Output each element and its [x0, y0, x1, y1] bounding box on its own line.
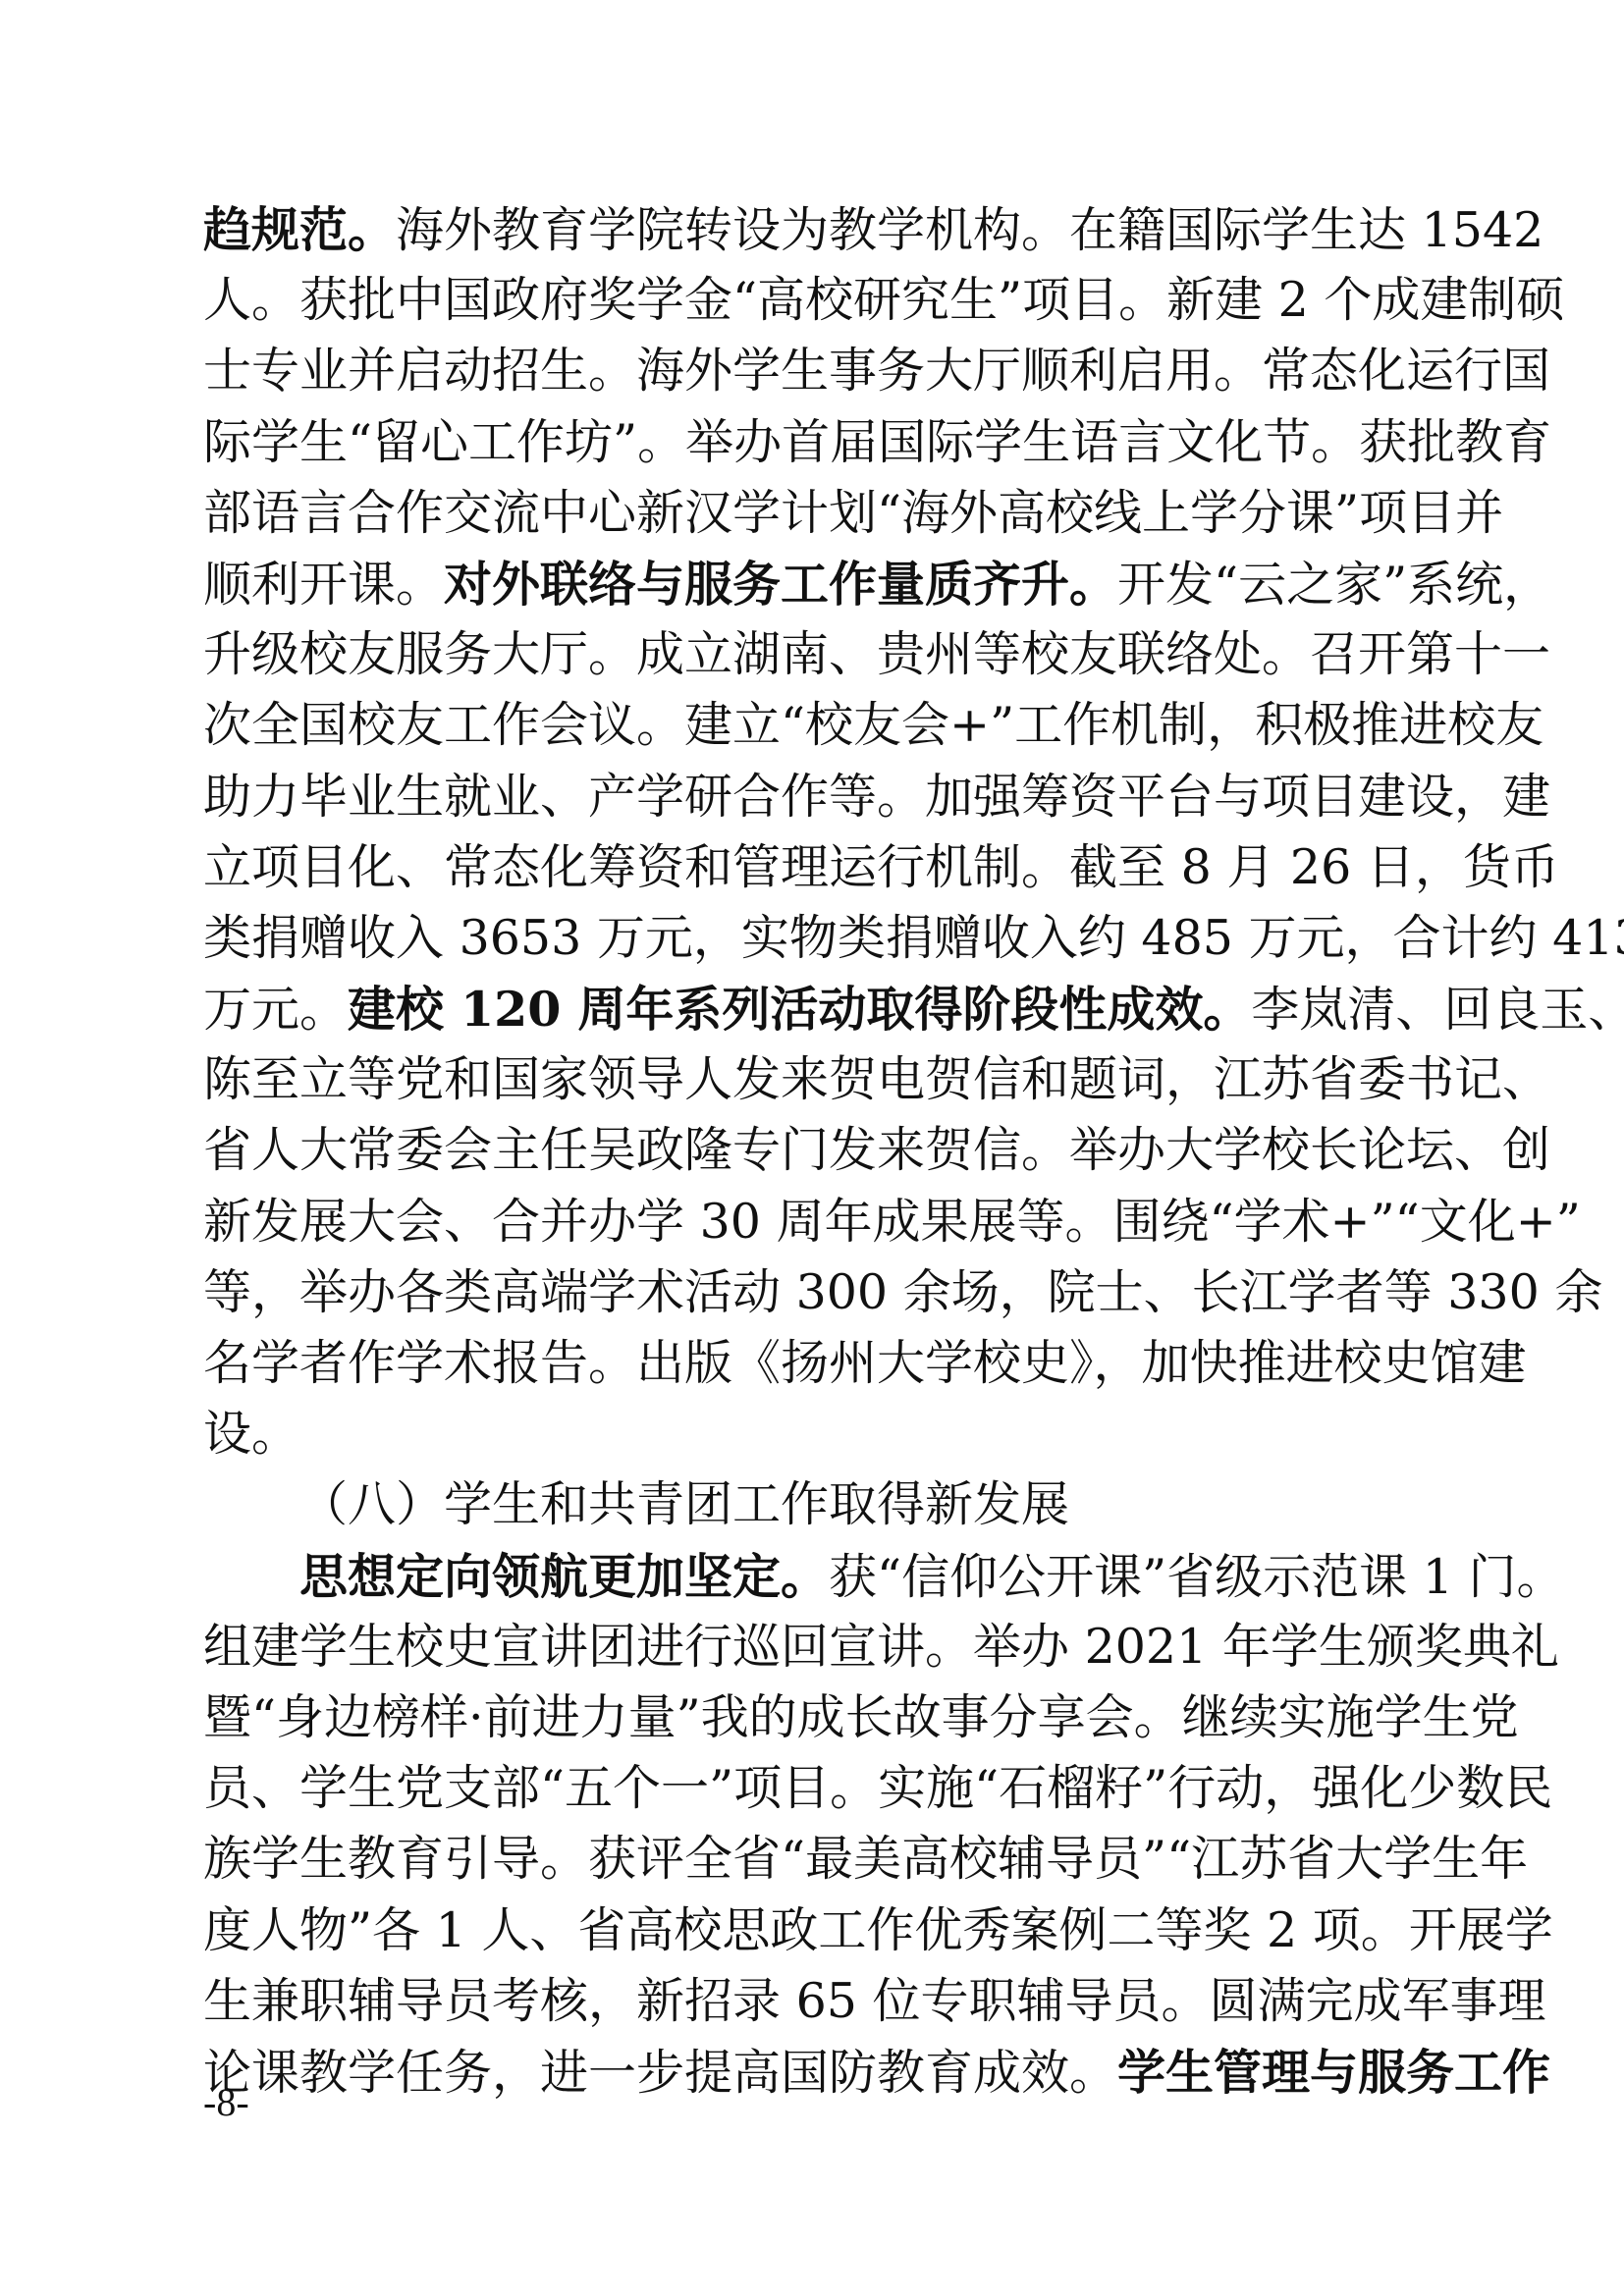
- paragraph-line: 暨“身边榜样·前进力量”我的成长故事分享会。继续实施学生党: [203, 1682, 1425, 1753]
- bold-subheading: 对外联络与服务工作量质齐升。: [444, 556, 1117, 613]
- paragraph-line: 论课教学任务，进一步提高国防教育成效。学生管理与服务工作: [203, 2037, 1425, 2108]
- paragraph-line: 省人大常委会主任吴政隆专门发来贺信。举办大学校长论坛、创: [203, 1115, 1425, 1186]
- bold-lead: 思想定向领航更加坚定。: [299, 1548, 829, 1605]
- paragraph-line: 组建学生校史宣讲团进行巡回宣讲。举办 2021 年学生颁奖典礼: [203, 1612, 1425, 1682]
- paragraph-line: 士专业并启动招生。海外学生事务大厅顺利启用。常态化运行国: [203, 336, 1425, 406]
- bold-subheading: 学生管理与服务工作: [1117, 2044, 1550, 2101]
- paragraph-line: 设。: [203, 1399, 1425, 1469]
- paragraph-line: 立项目化、常态化筹资和管理运行机制。截至 8 月 26 日，货币: [203, 832, 1425, 903]
- paragraph-line: 次全国校友工作会议。建立“校友会+”工作机制，积极推进校友: [203, 690, 1425, 761]
- paragraph-line: 升级校友服务大厅。成立湖南、贵州等校友联络处。召开第十一: [203, 619, 1425, 690]
- paragraph-line: 名学者作学术报告。出版《扬州大学校史》，加快推进校史馆建: [203, 1328, 1425, 1399]
- paragraph-line: 族学生教育引导。获评全省“最美高校辅导员”“江苏省大学生年: [203, 1824, 1425, 1895]
- paragraph-line: 员、学生党支部“五个一”项目。实施“石榴籽”行动，强化少数民: [203, 1753, 1425, 1824]
- paragraph-line: 趋规范。海外教育学院转设为教学机构。在籍国际学生达 1542: [203, 194, 1425, 265]
- document-page: 趋规范。海外教育学院转设为教学机构。在籍国际学生达 1542 人。获批中国政府奖…: [203, 194, 1425, 2108]
- paragraph-line: 际学生“留心工作坊”。举办首届国际学生语言文化节。获批教育: [203, 407, 1425, 478]
- paragraph-line: 陈至立等党和国家领导人发来贺电贺信和题词，江苏省委书记、: [203, 1044, 1425, 1115]
- page-number: -8-: [203, 2079, 249, 2125]
- paragraph-line: 类捐赠收入 3653 万元，实物类捐赠收入约 485 万元，合计约 4138: [203, 903, 1425, 974]
- paragraph-line: 人。获批中国政府奖学金“高校研究生”项目。新建 2 个成建制硕: [203, 265, 1425, 336]
- paragraph-line: 思想定向领航更加坚定。获“信仰公开课”省级示范课 1 门。: [203, 1541, 1425, 1612]
- paragraph-line: 部语言合作交流中心新汉学计划“海外高校线上学分课”项目并: [203, 478, 1425, 549]
- paragraph-line: 新发展大会、合并办学 30 周年成果展等。围绕“学术+”“文化+”: [203, 1187, 1425, 1257]
- paragraph-line: 生兼职辅导员考核，新招录 65 位专职辅导员。圆满完成军事理: [203, 1966, 1425, 2037]
- paragraph-line: 万元。建校 120 周年系列活动取得阶段性成效。李岚清、回良玉、: [203, 974, 1425, 1044]
- paragraph-line: 度人物”各 1 人、省高校思政工作优秀案例二等奖 2 项。开展学: [203, 1896, 1425, 1966]
- section-heading: （八）学生和共青团工作取得新发展: [203, 1469, 1425, 1540]
- bold-lead: 趋规范。: [203, 201, 396, 258]
- paragraph-line: 助力毕业生就业、产学研合作等。加强筹资平台与项目建设，建: [203, 762, 1425, 832]
- paragraph-line: 等，举办各类高端学术活动 300 余场，院士、长江学者等 330 余: [203, 1257, 1425, 1328]
- bold-subheading: 建校 120 周年系列活动取得阶段性成效。: [348, 981, 1251, 1038]
- paragraph-line: 顺利开课。对外联络与服务工作量质齐升。开发“云之家”系统，: [203, 549, 1425, 619]
